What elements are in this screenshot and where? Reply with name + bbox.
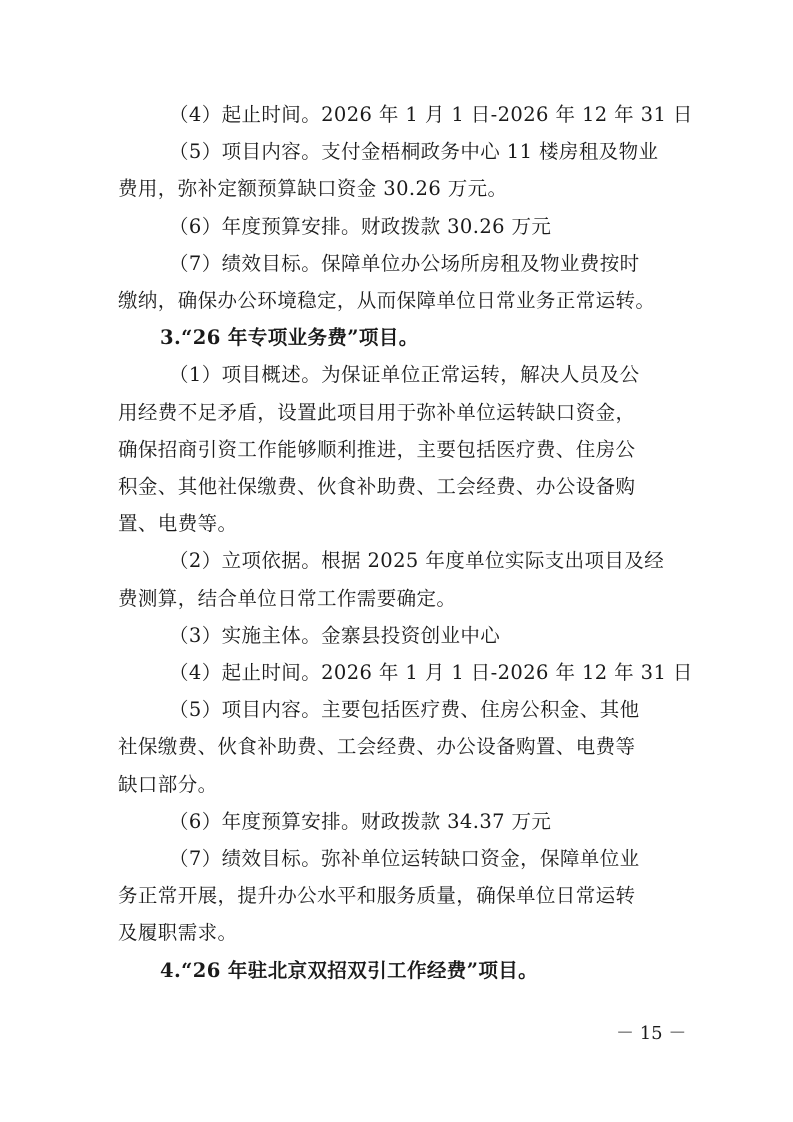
paragraph-line: （3）实施主体。金寨县投资创业中心 [169, 623, 739, 649]
paragraph-line: 务正常开展，提升办公水平和服务质量，确保单位日常运转 [118, 883, 688, 909]
paragraph-line: 用经费不足矛盾，设置此项目用于弥补单位运转缺口资金， [118, 400, 688, 426]
paragraph-line: 社保缴费、伙食补助费、工会经费、办公设备购置、电费等 [118, 734, 688, 760]
paragraph-line: （7）绩效目标。保障单位办公场所房租及物业费按时 [169, 251, 739, 277]
paragraph-line: 费用，弥补定额预算缺口资金 30.26 万元。 [118, 176, 688, 202]
paragraph-line: 置、电费等。 [118, 511, 688, 537]
paragraph-line: 缺口部分。 [118, 772, 688, 798]
page-number: － 15 － [616, 1019, 686, 1045]
paragraph-line: （5）项目内容。支付金梧桐政务中心 11 楼房租及物业 [169, 139, 739, 165]
section-heading: 3.“26 年专项业务费”项目。 [160, 325, 730, 351]
paragraph-line: （1）项目概述。为保证单位正常运转，解决人员及公 [169, 362, 739, 388]
paragraph-line: （4）起止时间。2026 年 1 月 1 日-2026 年 12 年 31 日 [169, 102, 739, 128]
paragraph-line: 费测算，结合单位日常工作需要确定。 [118, 586, 688, 612]
paragraph-line: 积金、其他社保缴费、伙食补助费、工会经费、办公设备购 [118, 474, 688, 500]
paragraph-line: 及履职需求。 [118, 920, 688, 946]
paragraph-line: （2）立项依据。根据 2025 年度单位实际支出项目及经 [169, 548, 739, 574]
paragraph-line: 缴纳，确保办公环境稳定，从而保障单位日常业务正常运转。 [118, 288, 688, 314]
paragraph-line: （7）绩效目标。弥补单位运转缺口资金，保障单位业 [169, 846, 739, 872]
paragraph-line: （5）项目内容。主要包括医疗费、住房公积金、其他 [169, 697, 739, 723]
paragraph-line: 确保招商引资工作能够顺利推进，主要包括医疗费、住房公 [118, 437, 688, 463]
paragraph-line: （4）起止时间。2026 年 1 月 1 日-2026 年 12 年 31 日 [169, 660, 739, 686]
section-heading: 4.“26 年驻北京双招双引工作经费”项目。 [160, 958, 730, 984]
paragraph-line: （6）年度预算安排。财政拨款 34.37 万元 [169, 809, 739, 835]
paragraph-line: （6）年度预算安排。财政拨款 30.26 万元 [169, 214, 739, 240]
document-page: （4）起止时间。2026 年 1 月 1 日-2026 年 12 年 31 日 … [0, 0, 793, 1122]
